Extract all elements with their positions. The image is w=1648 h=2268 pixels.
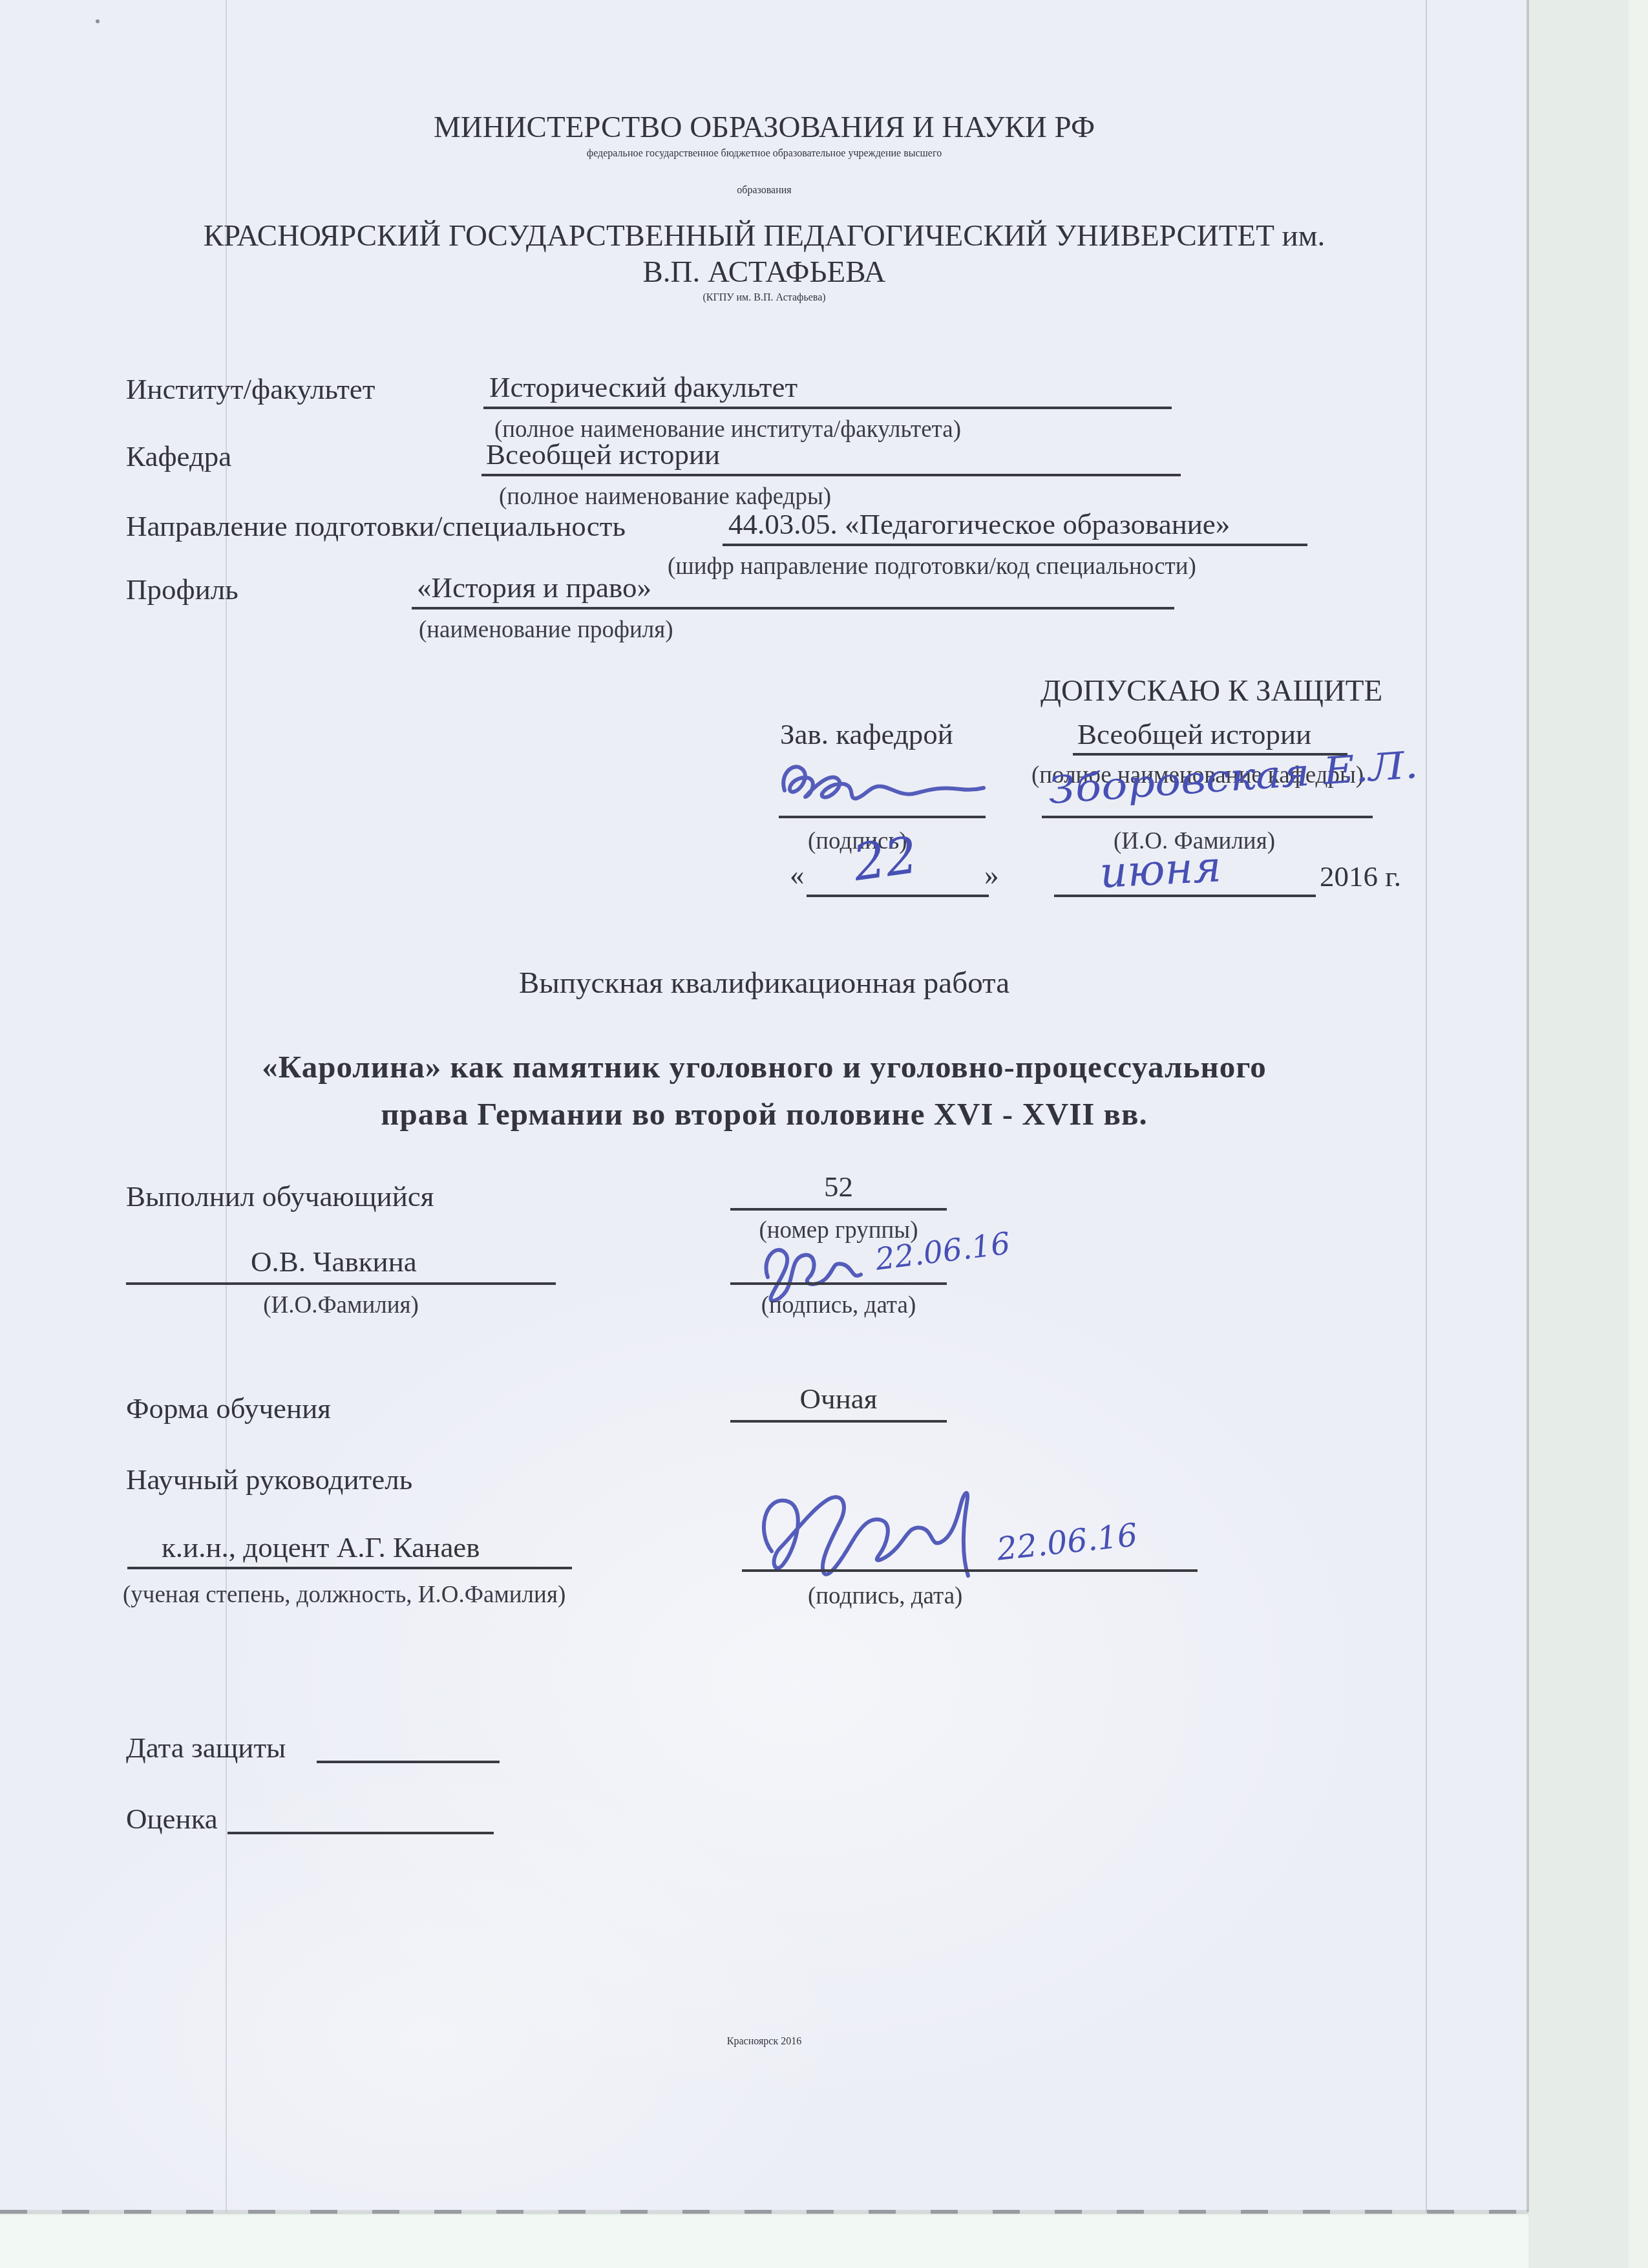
supervisor-signature-underline: [742, 1569, 1198, 1572]
student-label: Выполнил обучающийся: [126, 1181, 434, 1213]
paper-bottom-edge: [0, 2210, 1528, 2214]
year-label: 2016 г.: [1320, 861, 1401, 893]
handwritten-day: 22: [850, 828, 921, 891]
student-name-underline: [126, 1282, 556, 1285]
profile-underline: [412, 607, 1174, 609]
student-name-caption: (И.О.Фамилия): [126, 1293, 556, 1319]
supervisor-name-value: к.и.н., доцент А.Г. Канаев: [162, 1532, 480, 1563]
supervisor-name-caption: (ученая степень, должность, И.О.Фамилия): [123, 1582, 565, 1608]
department-label: Кафедра: [126, 441, 231, 472]
department-caption: (полное наименование кафедры): [499, 484, 831, 510]
date-quote-open: «: [790, 860, 805, 891]
day-underline: [807, 895, 989, 897]
institution-type-line2: образования: [0, 185, 1528, 196]
institute-value: Исторический факультет: [489, 372, 798, 403]
student-signature-underline: [730, 1282, 947, 1285]
scanner-background-light-strip: [1629, 0, 1648, 2268]
supervisor-sign-caption: (подпись, дата): [808, 1584, 962, 1609]
supervisor-name-underline: [127, 1567, 572, 1569]
grade-underline: [227, 1832, 494, 1834]
speciality-caption: (шифр направление подготовки/код специал…: [668, 554, 1196, 580]
institute-label: Институт/факультет: [126, 374, 375, 405]
profile-value: «История и право»: [417, 572, 651, 604]
group-number-underline: [730, 1208, 947, 1211]
city-year-footer: Красноярск 2016: [0, 2036, 1528, 2047]
supervisor-label: Научный руководитель: [126, 1464, 412, 1496]
department-value: Всеобщей истории: [486, 439, 720, 471]
group-number-value: 52: [730, 1171, 947, 1203]
profile-caption: (наименование профиля): [419, 617, 673, 643]
university-name-line: КРАСНОЯРСКИЙ ГОСУДАРСТВЕННЫЙ ПЕДАГОГИЧЕС…: [0, 220, 1528, 253]
ministry-line: МИНИСТЕРСТВО ОБРАЗОВАНИЯ И НАУКИ РФ: [0, 111, 1528, 144]
handwritten-month: июня: [1099, 843, 1222, 896]
speciality-label: Направление подготовки/специальность: [126, 511, 626, 542]
institution-type-line: федеральное государственное бюджетное об…: [0, 148, 1528, 159]
date-quote-close: »: [984, 860, 999, 891]
scanner-bottom-band: [0, 2215, 1528, 2268]
approval-title: ДОПУСКАЮ К ЗАЩИТЕ: [1041, 675, 1382, 708]
approval-department-value: Всеобщей истории: [1077, 719, 1311, 750]
thesis-title-line2: права Германии во второй половине XVI - …: [0, 1097, 1528, 1132]
head-of-department-signature-scribble: [776, 753, 989, 818]
approval-signature-underline: [779, 816, 986, 818]
defense-date-underline: [317, 1761, 500, 1763]
defense-date-label: Дата защиты: [126, 1732, 286, 1764]
institute-underline: [483, 407, 1172, 409]
scan-speck: [96, 19, 100, 23]
scanned-title-page: МИНИСТЕРСТВО ОБРАЗОВАНИЯ И НАУКИ РФ феде…: [0, 0, 1648, 2268]
supervisor-signature-scribble: [743, 1475, 982, 1591]
student-name-value: О.В. Чавкина: [251, 1246, 417, 1278]
thesis-title-line1: «Каролина» как памятник уголовного и уго…: [0, 1050, 1528, 1085]
month-underline: [1054, 895, 1316, 897]
study-form-value: Очная: [730, 1383, 947, 1415]
university-name-line2: В.П. АСТАФЬЕВА: [0, 256, 1528, 289]
study-form-label: Форма обучения: [126, 1393, 331, 1425]
study-form-underline: [730, 1420, 947, 1423]
grade-label: Оценка: [126, 1803, 218, 1835]
head-of-department-label: Зав. кафедрой: [780, 719, 953, 750]
speciality-value: 44.03.05. «Педагогическое образование»: [728, 509, 1230, 540]
profile-label: Профиль: [126, 574, 238, 606]
approval-name-underline: [1042, 816, 1373, 818]
work-type-title: Выпускная квалификационная работа: [0, 967, 1528, 1000]
speciality-underline: [723, 544, 1307, 546]
student-sign-caption: (подпись, дата): [730, 1293, 947, 1319]
university-abbreviation: (КГПУ им. В.П. Астафьева): [0, 292, 1528, 303]
department-underline: [481, 474, 1181, 476]
